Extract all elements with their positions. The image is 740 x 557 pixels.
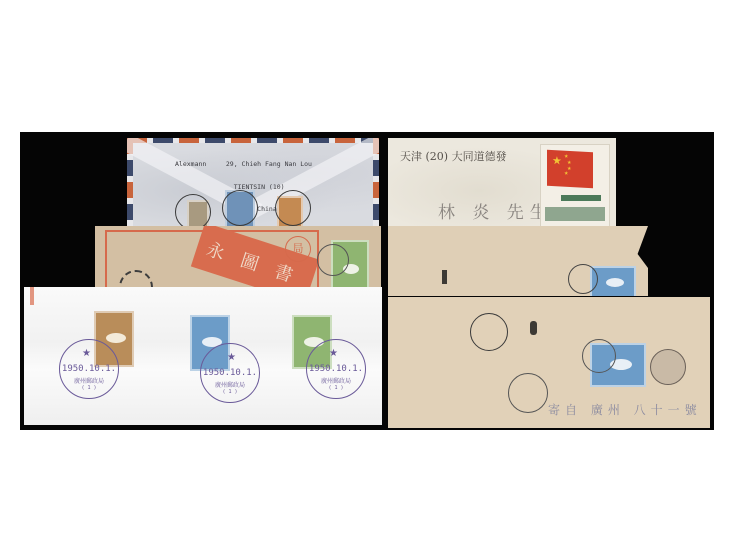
postmark-office: 廣州郵政局 xyxy=(307,376,365,385)
postmark-date: 1950.10.1. xyxy=(60,364,118,374)
flag-stamp: ★ ★ ★ ★ ★ xyxy=(540,144,610,226)
postmark-date: 1950.10.1. xyxy=(201,368,259,378)
postmark xyxy=(470,313,508,351)
postmark xyxy=(222,190,258,226)
postmark: ★ 1950.10.1. 廣州郵政局 ( 1 ) xyxy=(306,339,366,399)
postmark xyxy=(568,264,598,294)
stamp-base xyxy=(545,207,605,221)
flag-icon: ★ ★ ★ ★ ★ xyxy=(547,150,593,188)
postmark-number: ( 1 ) xyxy=(201,389,259,395)
postmark xyxy=(508,373,548,413)
postmark: ★ 1950.10.1. 廣州郵政局 ( 1 ) xyxy=(200,343,260,403)
tan-cover-top xyxy=(388,226,648,296)
handwritten-name: 林 炎 先生 xyxy=(438,198,553,223)
red-mark xyxy=(30,287,34,305)
white-sheet: ★ 1950.10.1. 廣州郵政局 ( 1 ) ★ 1950.10.1. 廣州… xyxy=(24,287,382,425)
postmark-office: 廣州郵政局 xyxy=(60,376,118,385)
star-icon: ★ xyxy=(82,348,91,359)
flag-cover: 天津 (20) 大同道德發 林 炎 先生 ★ ★ ★ ★ ★ xyxy=(388,138,616,226)
red-label-cover: 永 圖 書 局 xyxy=(95,226,381,290)
postmark-office: 廣州郵政局 xyxy=(201,380,259,389)
airmail-border-top xyxy=(127,138,379,143)
red-seal: 局 xyxy=(285,236,311,262)
tan-cover-bottom: 寄自 廣州 八十一號 xyxy=(388,297,710,428)
postmark-number: ( 1 ) xyxy=(60,385,118,391)
dove-icon xyxy=(606,278,624,287)
address-line: Alexmann 29, Chieh Fang Nan Lou xyxy=(175,161,312,169)
star-icon: ★ xyxy=(564,171,568,177)
postmark: ★ 1950.10.1. 廣州郵政局 ( 1 ) xyxy=(59,339,119,399)
postmark xyxy=(317,244,349,276)
handwriting: 寄自 廣州 八十一號 xyxy=(548,401,702,418)
airmail-cover: Alexmann 29, Chieh Fang Nan Lou TIENTSIN… xyxy=(127,138,379,226)
star-icon: ★ xyxy=(552,155,562,167)
postmark xyxy=(582,339,616,373)
postmark xyxy=(175,194,211,226)
postmark xyxy=(650,349,686,385)
star-icon: ★ xyxy=(329,348,338,359)
handwritten-address: 天津 (20) 大同道德發 xyxy=(400,148,507,164)
star-icon: ★ xyxy=(227,352,236,363)
postmark-date: 1950.10.1. xyxy=(307,364,365,374)
postmark-number: ( 1 ) xyxy=(307,385,365,391)
dove-icon xyxy=(106,333,126,343)
ink-mark xyxy=(442,270,447,284)
postmark xyxy=(275,190,311,226)
ink-mark xyxy=(530,321,537,335)
stamp-inscription xyxy=(561,195,601,201)
